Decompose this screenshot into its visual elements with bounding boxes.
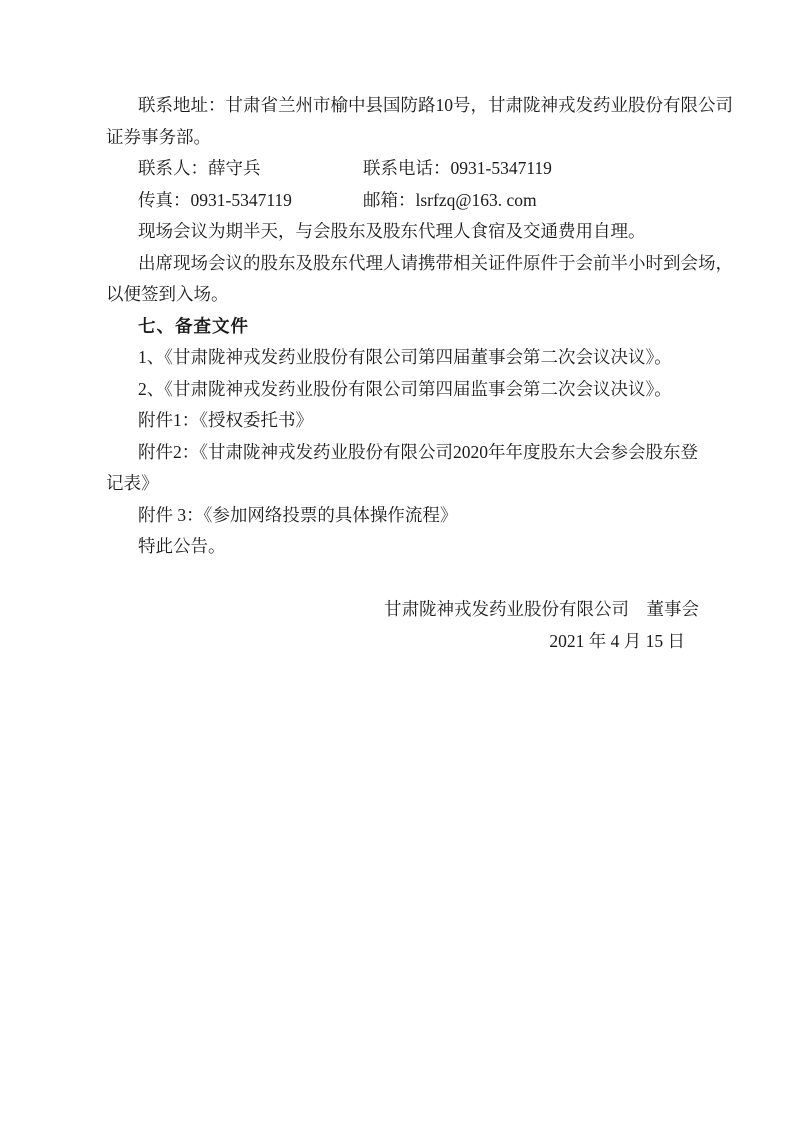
attachment-2-line-1: 附件2：《甘肃陇神戎发药业股份有限公司2020年年度股东大会参会股东登 (106, 437, 699, 469)
document-body: 联系地址：甘肃省兰州市榆中县国防路10号，甘肃陇神戎发药业股份有限公司 证券事务… (106, 90, 699, 657)
contact-row-fax-email: 传真：0931-5347119邮箱：lsrfzq@163. com (106, 185, 699, 217)
contact-row-person-phone: 联系人：薛守兵联系电话：0931-5347119 (106, 153, 699, 185)
onsite-meeting-note: 现场会议为期半天，与会股东及股东代理人食宿及交通费用自理。 (106, 216, 699, 248)
contact-person: 联系人：薛守兵 (138, 153, 363, 185)
section-heading-documents: 七、备查文件 (106, 311, 699, 343)
document-item-2: 2、《甘肃陇神戎发药业股份有限公司第四届监事会第二次会议决议》。 (106, 374, 699, 406)
contact-address-line-2: 证券事务部。 (106, 122, 699, 154)
contact-fax: 传真：0931-5347119 (138, 185, 363, 217)
contact-phone: 联系电话：0931-5347119 (363, 158, 552, 178)
contact-email: 邮箱：lsrfzq@163. com (363, 190, 537, 210)
contact-address-line-1: 联系地址：甘肃省兰州市榆中县国防路10号，甘肃陇神戎发药业股份有限公司 (106, 90, 699, 122)
attendance-note-line-2: 以便签到入场。 (106, 279, 699, 311)
document-item-1: 1、《甘肃陇神戎发药业股份有限公司第四届董事会第二次会议决议》。 (106, 342, 699, 374)
signature-date: 2021 年 4 月 15 日 (106, 626, 699, 658)
attachment-1: 附件1：《授权委托书》 (106, 405, 699, 437)
signature-company: 甘肃陇神戎发药业股份有限公司 董事会 (106, 594, 699, 626)
closing-statement: 特此公告。 (106, 531, 699, 563)
document-page: 联系地址：甘肃省兰州市榆中县国防路10号，甘肃陇神戎发药业股份有限公司 证券事务… (0, 0, 793, 1122)
blank-line (106, 563, 699, 595)
attachment-2-line-2: 记表》 (106, 468, 699, 500)
attachment-3: 附件 3：《参加网络投票的具体操作流程》 (106, 500, 699, 532)
attendance-note-line-1: 出席现场会议的股东及股东代理人请携带相关证件原件于会前半小时到会场， (106, 248, 699, 280)
